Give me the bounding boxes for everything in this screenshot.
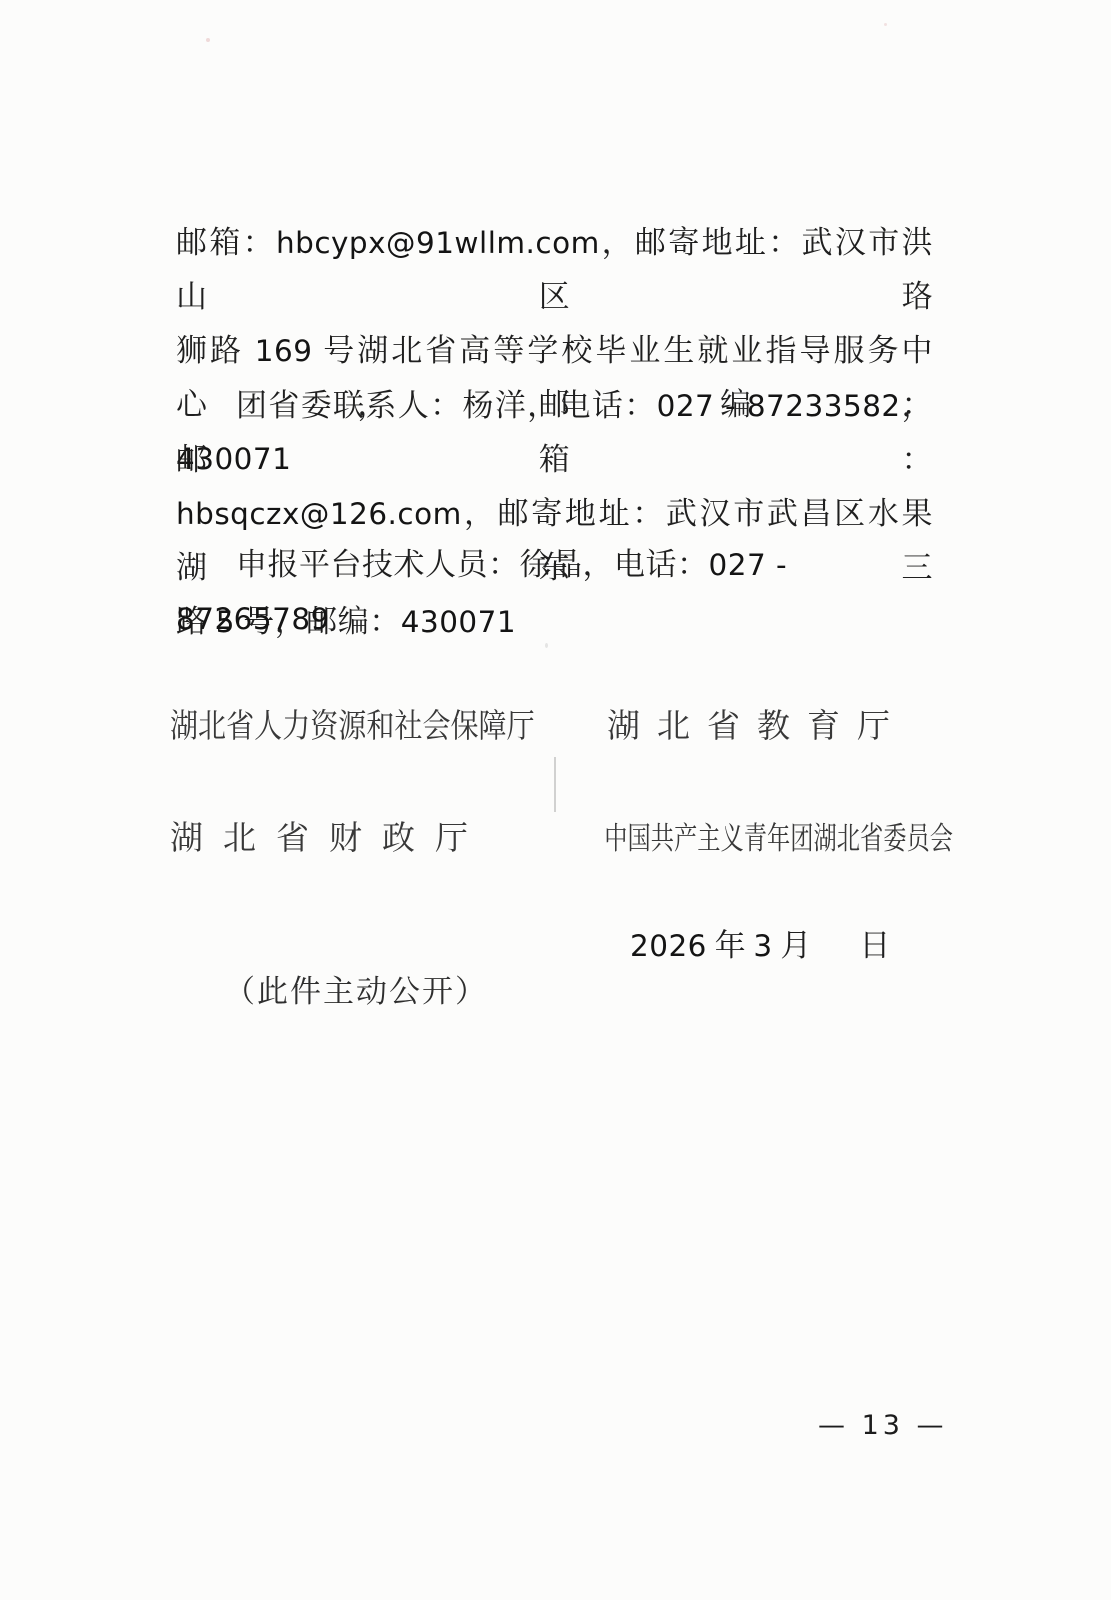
document-date: 2026 年 3 月日 xyxy=(630,926,890,966)
agency-hr-social-security: 湖北省人力资源和社会保障厅 xyxy=(170,700,535,747)
paragraph-platform-technician: 申报平台技术人员：徐晶，电话：027 - 87265789 xyxy=(176,538,933,646)
cjk-text-segment: 年 xyxy=(707,928,754,963)
signature-row-2: 湖北省财政厅 中国共产主义青年团湖北省委员会 xyxy=(170,812,899,859)
disclosure-note: （此件主动公开） xyxy=(224,972,488,1012)
latin-text-segment: hbsqczx@126.com xyxy=(176,497,462,531)
scan-speck xyxy=(545,643,548,648)
cjk-text-segment: 团省委联系人：杨洋，电话： xyxy=(236,388,657,423)
agency-education-department: 湖北省教育厅 xyxy=(607,700,907,747)
scan-speck xyxy=(206,38,210,42)
date-year-month: 2026 年 3 月 xyxy=(630,928,811,963)
signature-row-1: 湖北省人力资源和社会保障厅 湖北省教育厅 xyxy=(170,700,907,747)
page-number: — 13 — xyxy=(818,1410,948,1441)
scan-artifact-line xyxy=(554,757,556,812)
cjk-text-segment: 狮路 xyxy=(176,333,255,368)
body-line: 邮箱：hbcypx@91wllm.com，邮寄地址：武汉市洪山区珞 xyxy=(176,216,933,324)
scanned-document-page: 邮箱：hbcypx@91wllm.com，邮寄地址：武汉市洪山区珞 狮路 169… xyxy=(0,0,1111,1600)
body-line: 团省委联系人：杨洋，电话：027 - 87233582，邮箱： xyxy=(176,379,933,487)
latin-text-segment: 169 xyxy=(255,334,313,368)
cjk-text-segment: 月 xyxy=(773,928,812,963)
cjk-text-segment: 申报平台技术人员：徐晶，电话： xyxy=(236,547,709,582)
latin-text-segment: 3 xyxy=(753,929,772,963)
date-day-label: 日 xyxy=(859,928,890,963)
cjk-text-segment: 邮箱： xyxy=(176,225,276,260)
agency-finance-department: 湖北省财政厅 xyxy=(170,812,488,859)
latin-text-segment: 2026 xyxy=(630,929,707,963)
latin-text-segment: hbcypx@91wllm.com xyxy=(276,226,600,260)
latin-text-segment: 027 - 87233582 xyxy=(657,389,901,423)
scan-speck xyxy=(884,23,887,26)
agency-communist-youth-league: 中国共产主义青年团湖北省委员会 xyxy=(604,813,953,858)
body-line: 申报平台技术人员：徐晶，电话：027 - 87265789 xyxy=(176,538,933,646)
